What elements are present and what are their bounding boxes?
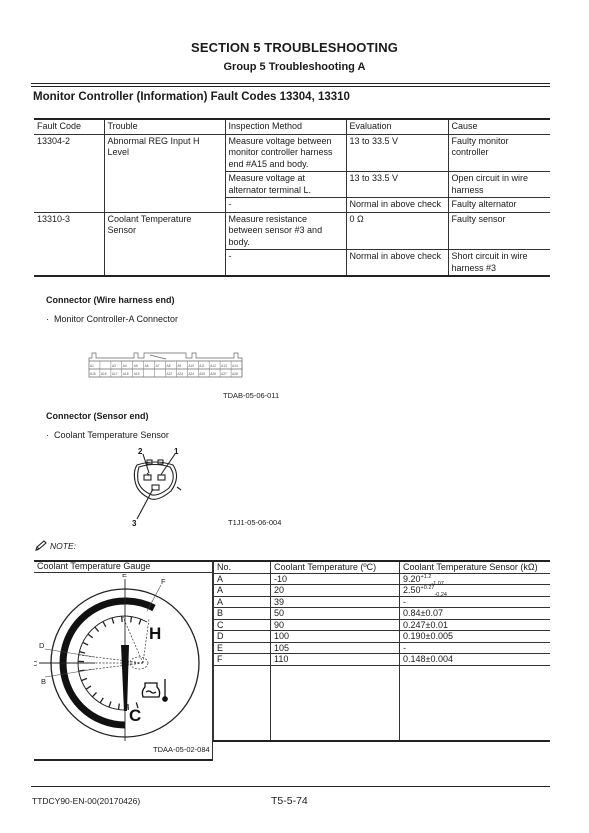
col-header: Evaluation (346, 119, 448, 134)
svg-text:A25: A25 (199, 372, 205, 376)
pin-label-3: 3 (132, 519, 137, 527)
fault-code-cell: 13304-2 (34, 134, 104, 212)
header-divider (31, 86, 550, 87)
temperature-cell: 39 (271, 596, 400, 608)
temperature-cell: 100 (271, 631, 400, 643)
page-number: T5-5-74 (271, 795, 308, 807)
svg-text:A28: A28 (232, 372, 238, 376)
group-title: Group 5 Troubleshooting A (0, 61, 589, 73)
pencil-icon (34, 540, 48, 552)
table-row: A39- (214, 596, 551, 608)
table-row: D1000.190±0.005 (214, 631, 551, 643)
inspection-cell: Measure resistance between sensor #3 and… (225, 212, 346, 250)
note-label: NOTE: (50, 541, 76, 551)
svg-text:A8: A8 (167, 364, 171, 368)
resistance-cell: 2.50+0.27-0.24 (400, 585, 551, 597)
resistance-cell: 9.20+1.2-1.07 (400, 573, 551, 585)
resistance-cell: - (400, 596, 551, 608)
sensor-connector-bullet: · Coolant Temperature Sensor (46, 430, 169, 440)
svg-text:A9: A9 (177, 364, 181, 368)
svg-text:A24: A24 (188, 372, 194, 376)
resistance-value: 9.20 (403, 574, 421, 584)
no-cell: A (214, 573, 271, 585)
harness-connector-heading: Connector (Wire harness end) (46, 295, 174, 305)
gauge-caption: TDAA-05-02-084 (153, 745, 210, 754)
evaluation-cell: 13 to 33.5 V (346, 134, 448, 172)
resistance-cell: 0.84±0.07 (400, 608, 551, 620)
no-cell: C (214, 619, 271, 631)
sensor-connector-label: Coolant Temperature Sensor (54, 430, 169, 440)
evaluation-cell: 13 to 33.5 V (346, 172, 448, 198)
no-cell: B (214, 608, 271, 620)
cause-cell: Faulty alternator (448, 198, 550, 213)
tolerance-upper: +1.2 (421, 574, 432, 580)
svg-text:A6: A6 (145, 364, 149, 368)
svg-text:A18: A18 (123, 372, 129, 376)
document-id: TTDCY90-EN-00(20170426) (32, 796, 140, 806)
svg-text:A10: A10 (188, 364, 194, 368)
svg-text:A7: A7 (156, 364, 160, 368)
resistance-cell: 0.148±0.004 (400, 654, 551, 666)
temperature-cell: 90 (271, 619, 400, 631)
fault-code-table: Fault Code Trouble Inspection Method Eva… (34, 118, 550, 277)
svg-text:A17: A17 (112, 372, 118, 376)
pin-label-1: 1 (174, 447, 179, 456)
temperature-cell: 105 (271, 642, 400, 654)
cause-cell: Faulty sensor (448, 212, 550, 250)
gauge-hot-label: H (149, 624, 161, 643)
coolant-sensor-connector-diagram: 2 1 3 (125, 445, 185, 527)
no-cell: A (214, 585, 271, 597)
coolant-temperature-gauge-diagram: H C E F D C B A (34, 574, 212, 744)
tolerance-upper: +0.27 (421, 585, 435, 591)
section-title: SECTION 5 TROUBLESHOOTING (0, 40, 589, 55)
gauge-heading: Coolant Temperature Gauge (37, 561, 150, 571)
trouble-cell: Coolant Temperature Sensor (104, 212, 225, 276)
col-header: Trouble (104, 119, 225, 134)
svg-text:A4: A4 (123, 364, 127, 368)
harness-connector-label: Monitor Controller-A Connector (54, 314, 178, 324)
svg-text:A23: A23 (177, 372, 183, 376)
table-header-row: No. Coolant Temperature (ºC) Coolant Tem… (214, 561, 551, 573)
tolerance-lower: -0.24 (434, 592, 447, 598)
harness-connector-caption: TDAB-05-06-011 (223, 391, 279, 400)
header-divider (31, 83, 550, 84)
no-cell: A (214, 596, 271, 608)
cause-cell: Open circuit in wire harness (448, 172, 550, 198)
table-row: A-109.20+1.2-1.07 (214, 573, 551, 585)
evaluation-cell: 0 Ω (346, 212, 448, 250)
svg-text:A19: A19 (134, 372, 140, 376)
inspection-cell: - (225, 198, 346, 213)
svg-text:A11: A11 (199, 364, 205, 368)
gauge-point-a: A (122, 742, 127, 744)
col-header: Inspection Method (225, 119, 346, 134)
table-filler-row (214, 665, 551, 741)
svg-text:A14: A14 (232, 364, 238, 368)
resistance-cell: - (400, 642, 551, 654)
page-subtitle: Monitor Controller (Information) Fault C… (33, 91, 350, 103)
gauge-point-e: E (122, 574, 127, 579)
inspection-cell: - (225, 250, 346, 277)
empty-cell (400, 665, 551, 741)
table-header-row: Fault Code Trouble Inspection Method Eva… (34, 119, 550, 134)
cause-cell: Short circuit in wire harness #3 (448, 250, 550, 277)
resistance-cell: 0.247±0.01 (400, 619, 551, 631)
col-header: Coolant Temperature Sensor (kΩ) (400, 561, 551, 573)
cause-cell: Faulty monitor controller (448, 134, 550, 172)
fault-code-cell: 13310-3 (34, 212, 104, 276)
table-row: 13304-2 Abnormal REG Input H Level Measu… (34, 134, 550, 172)
gauge-point-f: F (161, 577, 166, 586)
gauge-point-b: B (41, 677, 46, 686)
empty-cell (271, 665, 400, 741)
gauge-heading-divider (34, 572, 212, 573)
harness-connector-bullet: · Monitor Controller-A Connector (46, 314, 178, 324)
inspection-cell: Measure voltage at alternator terminal L… (225, 172, 346, 198)
temperature-cell: -10 (271, 573, 400, 585)
svg-text:A16: A16 (101, 372, 107, 376)
table-row: B500.84±0.07 (214, 608, 551, 620)
svg-text:A15: A15 (90, 372, 96, 376)
table-row: F1100.148±0.004 (214, 654, 551, 666)
svg-text:A1: A1 (90, 364, 94, 368)
trouble-cell: Abnormal REG Input H Level (104, 134, 225, 212)
no-cell: F (214, 654, 271, 666)
monitor-controller-connector-diagram: A1A3A4A5A6A7A8A9A10A11A12A13A14A15A16A17… (88, 352, 243, 378)
svg-text:A5: A5 (134, 364, 138, 368)
coolant-temperature-table: No. Coolant Temperature (ºC) Coolant Tem… (213, 560, 550, 742)
svg-text:A27: A27 (221, 372, 227, 376)
svg-text:A12: A12 (210, 364, 216, 368)
table-row: C900.247±0.01 (214, 619, 551, 631)
col-header: Cause (448, 119, 550, 134)
pin-label-2: 2 (138, 447, 143, 456)
table-row: 13310-3 Coolant Temperature Sensor Measu… (34, 212, 550, 250)
col-header: No. (214, 561, 271, 573)
sensor-connector-caption: T1J1-05-06-004 (228, 518, 281, 527)
evaluation-cell: Normal in above check (346, 198, 448, 213)
resistance-cell: 0.190±0.005 (400, 631, 551, 643)
svg-text:A22: A22 (167, 372, 173, 376)
svg-text:A13: A13 (221, 364, 227, 368)
svg-text:A26: A26 (210, 372, 216, 376)
gauge-point-c: C (34, 659, 38, 668)
resistance-value: 2.50 (403, 585, 421, 595)
table-row: A202.50+0.27-0.24 (214, 585, 551, 597)
svg-text:A3: A3 (112, 364, 116, 368)
evaluation-cell: Normal in above check (346, 250, 448, 277)
empty-cell (214, 665, 271, 741)
inspection-cell: Measure voltage between monitor controll… (225, 134, 346, 172)
table-row: E105- (214, 642, 551, 654)
no-cell: E (214, 642, 271, 654)
temperature-cell: 110 (271, 654, 400, 666)
col-header: Coolant Temperature (ºC) (271, 561, 400, 573)
no-cell: D (214, 631, 271, 643)
col-header: Fault Code (34, 119, 104, 134)
sensor-connector-heading: Connector (Sensor end) (46, 411, 149, 421)
temperature-cell: 50 (271, 608, 400, 620)
gauge-point-d: D (39, 641, 45, 650)
gauge-cold-label: C (129, 706, 141, 725)
temperature-cell: 20 (271, 585, 400, 597)
footer-divider (31, 786, 550, 787)
